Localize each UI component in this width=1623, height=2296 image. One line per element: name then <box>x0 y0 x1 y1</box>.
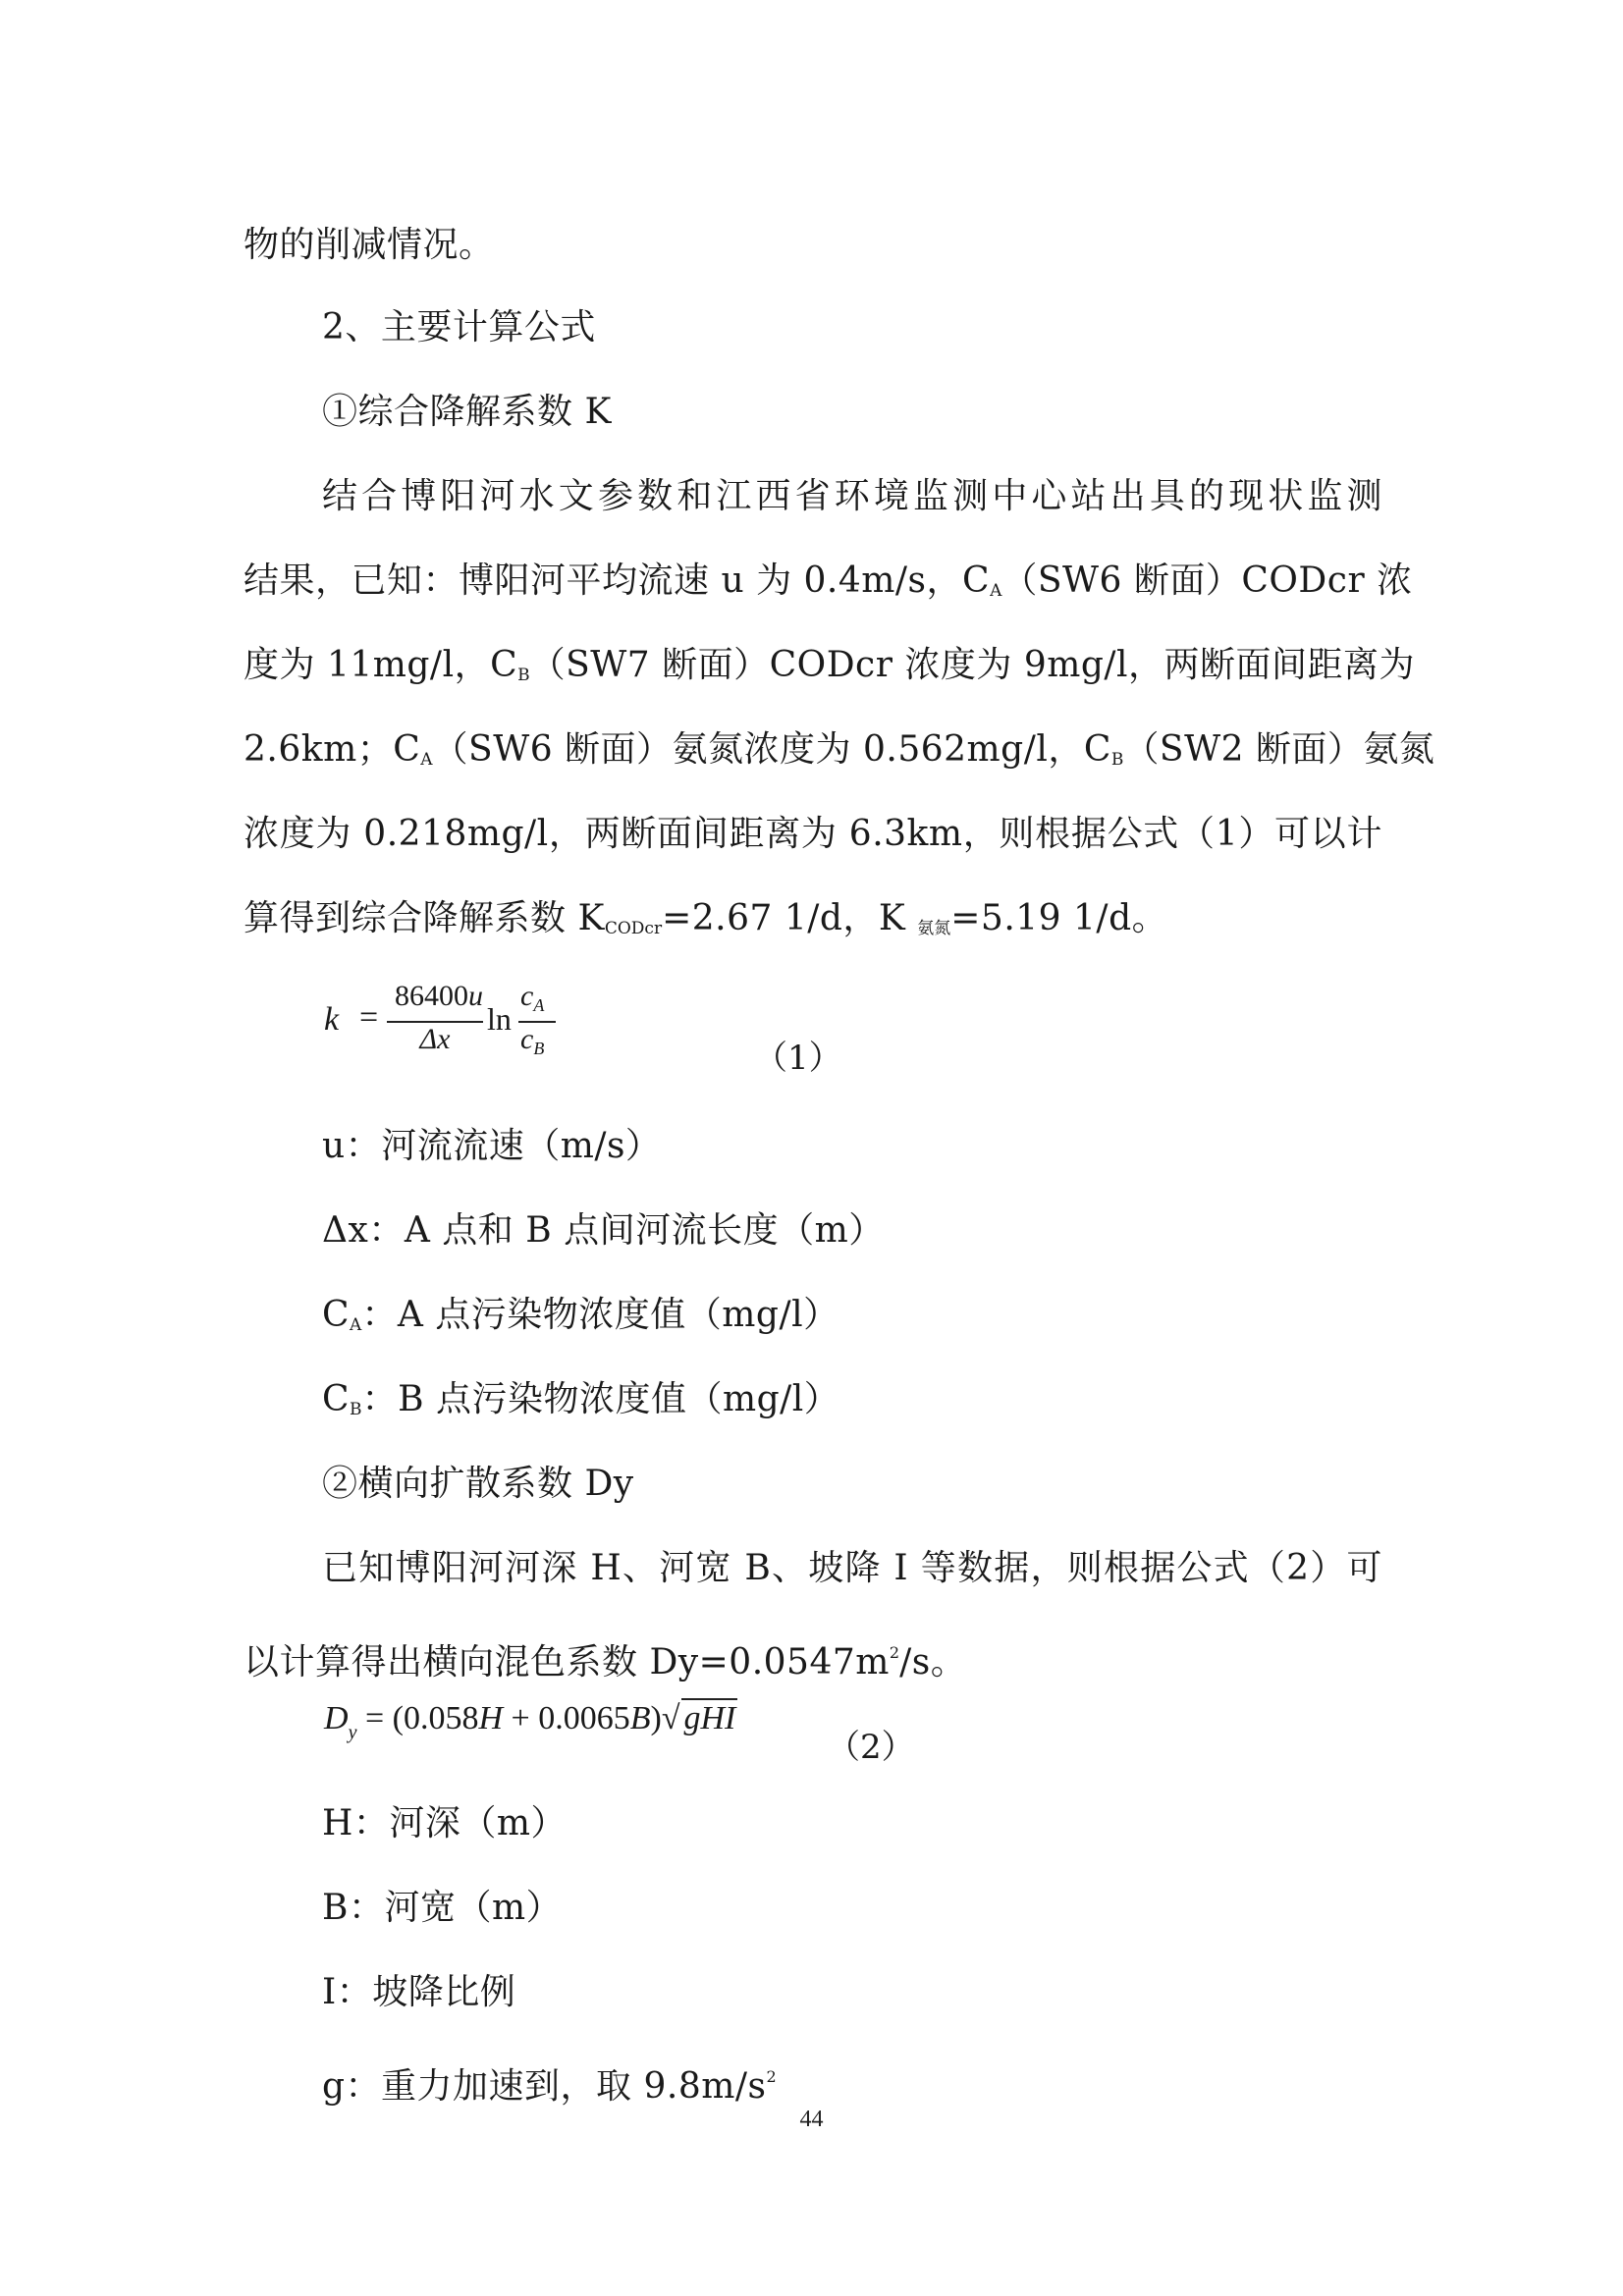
paragraph-line: 度为 11mg/l，CB（SW7 断面）CODcr 浓度为 9mg/l，两断面间… <box>243 644 1382 697</box>
definition-ca: CA：A 点污染物浓度值（mg/l） <box>322 1294 1461 1347</box>
definition-symbol: C <box>322 1379 350 1419</box>
formula-ca: cA <box>520 980 544 1016</box>
subsection-heading-k: ①综合降解系数 K <box>322 391 1461 434</box>
formula-lhs: k <box>324 1001 339 1039</box>
definition-text: 河深（m） <box>389 1803 567 1843</box>
numerator-variable: u <box>468 980 483 1012</box>
variable-h: H <box>478 1700 503 1736</box>
text-span: （SW7 断面）CODcr 浓度为 9mg/l，两断面间距离为 <box>530 645 1415 685</box>
definition-delta-x: Δx：A 点和 B 点间河流长度（m） <box>322 1209 1461 1253</box>
text-span: 以计算得出横向混色系数 Dy=0.0547m <box>243 1642 890 1682</box>
subscript: A <box>420 750 432 770</box>
text-span: （SW6 断面）CODcr 浓 <box>1001 561 1412 601</box>
formula-denominator: Δx <box>387 1023 483 1056</box>
text-line-continuation: 物的削减情况。 <box>243 224 1382 267</box>
paragraph-line: 结果，已知：博阳河平均流速 u 为 0.4m/s，CA（SW6 断面）CODcr… <box>243 560 1382 613</box>
document-page: 物的削减情况。 2、主要计算公式 ①综合降解系数 K 结合博阳河水文参数和江西省… <box>0 0 1623 2296</box>
definition-symbol: H： <box>322 1803 389 1843</box>
subscript: A <box>350 1315 361 1335</box>
formula-lhs: D <box>324 1700 349 1736</box>
subscript: 氨氮 <box>917 919 950 938</box>
colon: ： <box>362 1379 399 1419</box>
c-symbol: c <box>520 980 533 1012</box>
definition-text: 河流流速（m/s） <box>381 1126 661 1166</box>
variable-b: B <box>630 1700 651 1736</box>
definition-symbol: u： <box>322 1126 381 1166</box>
subscript: B <box>1111 750 1124 770</box>
text-span: （SW2 断面）氨氮 <box>1123 729 1434 770</box>
superscript: 2 <box>890 1643 899 1662</box>
formula-term: = (0.058 <box>356 1700 478 1736</box>
text-span: 度为 11mg/l，C <box>243 645 517 685</box>
paragraph-line: 已知博阳河河深 H、河宽 B、坡降 I 等数据，则根据公式（2）可 <box>322 1547 1382 1590</box>
radicand-text: gHI <box>683 1700 735 1736</box>
numerator-number: 86400 <box>395 980 468 1012</box>
formula-number: （1） <box>754 1031 842 1079</box>
formula-ln: ln <box>487 1001 512 1038</box>
subscript: A <box>990 581 1001 601</box>
definition-h: H：河深（m） <box>322 1802 1461 1845</box>
subscript-a: A <box>533 995 544 1015</box>
formula-expression: Dy = (0.058H + 0.0065B)√gHI <box>324 1698 737 1744</box>
definition-b: B：河宽（m） <box>322 1887 1461 1930</box>
page-number: 44 <box>0 2107 1623 2133</box>
formula-number: （2） <box>827 1720 915 1768</box>
definition-symbol: g： <box>322 2066 381 2107</box>
text-span: 算得到综合降解系数 K <box>243 898 605 938</box>
definition-symbol: B： <box>322 1888 384 1928</box>
definition-symbol: I： <box>322 1972 372 2012</box>
paragraph-line: 2.6km；CA（SW6 断面）氨氮浓度为 0.562mg/l，CB（SW2 断… <box>243 728 1382 781</box>
formula-equals: = <box>359 999 378 1037</box>
definition-symbol: Δx： <box>322 1210 405 1251</box>
paragraph-line: 算得到综合降解系数 KCODcr=2.67 1/d，K 氨氮=5.19 1/d。 <box>243 897 1382 950</box>
definition-text: A 点污染物浓度值（mg/l） <box>398 1295 839 1335</box>
subscript: B <box>517 666 530 685</box>
definition-text: B 点污染物浓度值（mg/l） <box>398 1379 839 1419</box>
definition-text: 河宽（m） <box>384 1888 562 1928</box>
formula-lateral-diffusion: Dy = (0.058H + 0.0065B)√gHI （2） <box>324 1690 933 1769</box>
definition-text: A 点和 B 点间河流长度（m） <box>405 1210 885 1251</box>
sqrt-icon: √ <box>662 1700 680 1736</box>
definition-i: I：坡降比例 <box>322 1971 1461 2014</box>
text-span: /s。 <box>899 1642 966 1682</box>
section-heading-formulas: 2、主要计算公式 <box>322 306 1461 349</box>
radicand: gHI <box>681 1698 737 1737</box>
subsection-heading-dy: ②横向扩散系数 Dy <box>322 1463 1461 1506</box>
definition-text: 坡降比例 <box>372 1972 515 2012</box>
formula-degradation-coefficient: k = 86400u Δx ln cA cB （1） <box>324 980 874 1078</box>
subscript: CODcr <box>605 919 662 938</box>
definition-g: g：重力加速到，取 9.8m/s2 <box>322 2056 1461 2109</box>
text-span: 2.6km；C <box>243 729 420 770</box>
subscript: B <box>350 1400 362 1419</box>
formula-term: + 0.0065 <box>503 1700 630 1736</box>
formula-cb: cB <box>520 1023 544 1059</box>
definition-text: 重力加速到，取 9.8m/s <box>381 2066 766 2107</box>
text-span: =2.67 1/d，K <box>662 898 917 938</box>
definition-symbol: C <box>322 1295 350 1335</box>
c-symbol: c <box>520 1023 533 1055</box>
paragraph-line: 以计算得出横向混色系数 Dy=0.0547m2/s。 <box>243 1631 1382 1684</box>
definition-u: u：河流流速（m/s） <box>322 1125 1461 1168</box>
denominator-text: Δx <box>420 1023 451 1055</box>
text-span: 结果，已知：博阳河平均流速 u 为 0.4m/s，C <box>243 561 990 601</box>
paragraph-line: 浓度为 0.218mg/l，两断面间距离为 6.3km，则根据公式（1）可以计 <box>243 813 1382 856</box>
text-span: （SW6 断面）氨氮浓度为 0.562mg/l，C <box>433 729 1111 770</box>
formula-paren: ) <box>650 1700 661 1736</box>
formula-numerator: 86400u <box>387 980 491 1013</box>
subscript-b: B <box>533 1039 544 1058</box>
definition-cb: CB：B 点污染物浓度值（mg/l） <box>322 1378 1461 1431</box>
superscript: 2 <box>766 2067 776 2086</box>
paragraph-line: 结合博阳河水文参数和江西省环境监测中心站出具的现状监测 <box>322 475 1382 518</box>
colon: ： <box>361 1295 398 1335</box>
text-span: =5.19 1/d。 <box>950 898 1167 938</box>
